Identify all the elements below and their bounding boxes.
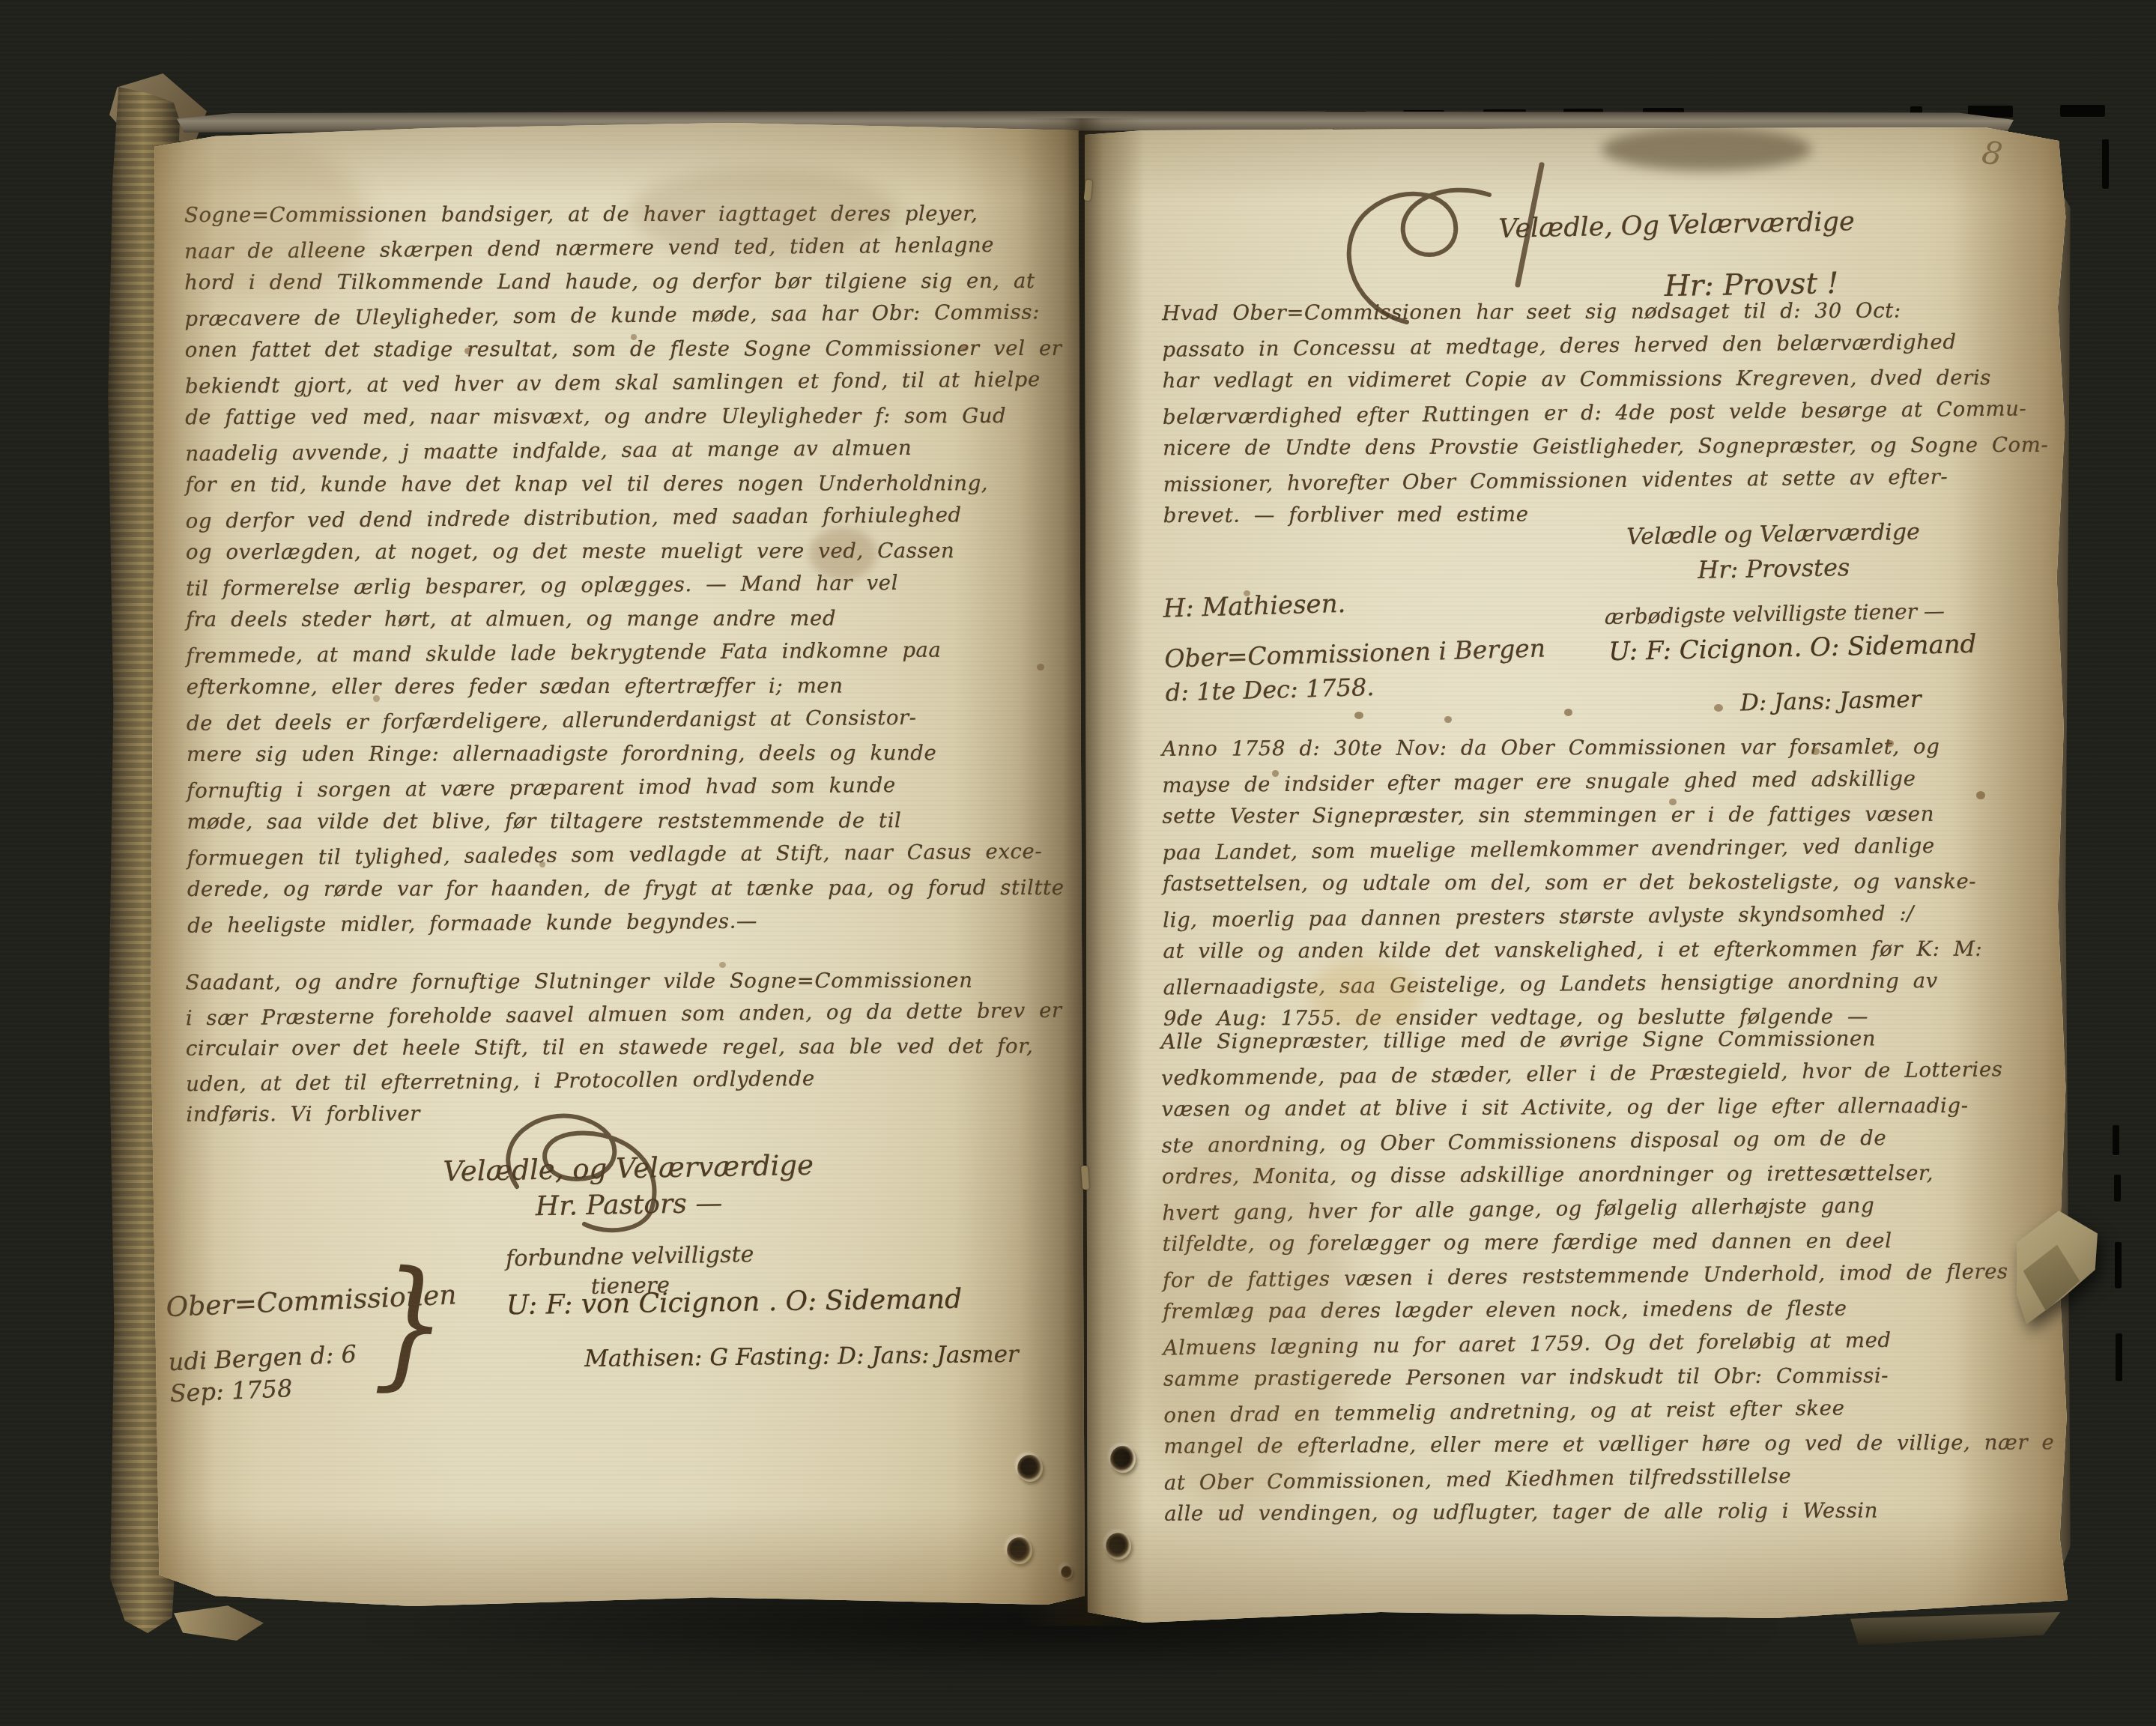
right-page: Velædle, Og Velærværdige Hr: Provst ! Hv… xyxy=(1085,127,2071,1627)
cradle-slit xyxy=(2115,1242,2122,1289)
handwriting-line: møde, saa vilde det blive, før tiltagere… xyxy=(187,804,1063,839)
sewing-hole xyxy=(1017,1455,1043,1482)
handwriting-line: naadelig avvende, j maatte indfalde, saa… xyxy=(185,430,1062,471)
right-paragraph-3: Alle Signepræster, tillige med de øvrige… xyxy=(1161,1020,2056,1532)
handwriting-line: de heeligste midler, formaade kunde begy… xyxy=(187,902,1064,943)
handwriting-line: præcavere de Uleyligheder, som de kunde … xyxy=(184,295,1061,336)
handwriting-line: i sær Præsterne foreholde saavel almuen … xyxy=(186,994,1062,1035)
handwriting-line: nicere de Undte dens Provstie Geistlighe… xyxy=(1163,429,2054,465)
cradle-slit xyxy=(2102,139,2109,189)
sewing-hole xyxy=(1061,1566,1073,1579)
handwriting-line: sette Vester Signepræster, sin stemminge… xyxy=(1162,797,2053,833)
handwriting-line: har vedlagt en vidimeret Copie av Commis… xyxy=(1163,361,2054,398)
signature-row: Mathisen: G Fasting: D: Jans: Jasmer xyxy=(502,1338,1085,1375)
sender-line: H: Mathiesen. xyxy=(1163,579,1628,625)
handwriting-line: alle ud vendingen, og udflugter, tager d… xyxy=(1164,1493,2056,1530)
handwriting-line: at ville og anden kilde det vanskelighed… xyxy=(1163,932,2054,968)
handwriting-line: paa Landet, som muelige mellemkommer ave… xyxy=(1163,829,2054,870)
cradle-slit xyxy=(2114,1175,2121,1202)
handwriting-line: efterkomne, eller deres feder sædan efte… xyxy=(187,669,1063,704)
leather-tab xyxy=(2017,1211,2098,1324)
signature-row: D: Jans: Jasmer xyxy=(1609,682,2052,721)
sewing-hole xyxy=(1007,1537,1032,1564)
left-page: Sogne=Commissionen bandsiger, at de have… xyxy=(150,123,1085,1611)
handwriting-line: fremmede, at mand skulde lade bekrygtend… xyxy=(186,632,1062,673)
handwriting-line: og overlægden, at noget, og det meste mu… xyxy=(186,534,1062,569)
handwriting-line: Saadant, og andre fornuftige Slutninger … xyxy=(185,963,1062,999)
handwriting-line: passato in Concessu at medtage, deres he… xyxy=(1162,324,2053,367)
handwriting-line: og derfor ved dend indrede distribution,… xyxy=(186,497,1062,539)
handwriting-line: de det deels er forfærdeligere, allerund… xyxy=(187,700,1063,741)
handwriting-line: lig, moerlig paa dannen presters største… xyxy=(1163,896,2054,938)
handwriting-line: Hvad Ober=Commissionen har seet sig nøds… xyxy=(1162,294,2053,330)
handwriting-line: hord i dend Tilkommende Land haude, og d… xyxy=(184,264,1061,300)
handwriting-line: belærværdighed efter Ruttingen er d: 4de… xyxy=(1163,392,2054,434)
handwriting-line: indføris. Vi forbliver xyxy=(186,1095,1062,1130)
handwriting-line: fornuftig i sorgen at være præparent imo… xyxy=(187,767,1063,808)
right-paragraph-1: Hvad Ober=Commissionen har seet sig nøds… xyxy=(1162,292,2055,533)
sender-block: H: Mathiesen. Ober=Commissionen i Bergen… xyxy=(1163,579,1630,707)
salutation-line: Velædle, Og Velærværdige xyxy=(1369,202,1984,249)
handwriting-line: derede, og rørde var for haanden, de fry… xyxy=(187,871,1064,906)
cradle-slit xyxy=(2060,105,2105,117)
handwriting-line: til formerelse ærlig besparer, og oplægg… xyxy=(186,565,1062,606)
handwriting-line: for en tid, kunde have det knap vel til … xyxy=(185,467,1062,502)
handwriting-line: Sogne=Commissionen bandsiger, at de have… xyxy=(184,197,1061,232)
handwriting-line: fastsettelsen, og udtale om del, som er … xyxy=(1163,864,2054,900)
manuscript-photograph: Sogne=Commissionen bandsiger, at de have… xyxy=(0,0,2156,1726)
handwriting-line: allernaadigste, saa Geistelige, og Lande… xyxy=(1163,963,2055,1005)
signature-block: U: F: Cicignon. O: Sidemand D: Jans: Jas… xyxy=(1608,626,2052,721)
handwriting-line: Anno 1758 d: 30te Nov: da Ober Commissio… xyxy=(1162,730,2053,766)
handwriting-line: mayse de indsider efter mager ere snugal… xyxy=(1162,761,2053,803)
handwriting-line: de fattige ved med, naar misvæxt, og and… xyxy=(185,399,1062,434)
ink-brace: } xyxy=(372,1252,448,1396)
left-page-body: Sogne=Commissionen bandsiger, at de have… xyxy=(184,196,1064,941)
signature-row: U: F: Cicignon. O: Sidemand xyxy=(1608,626,2051,668)
sewing-hole xyxy=(1110,1446,1136,1473)
stain xyxy=(1602,127,1811,171)
cradle-slit xyxy=(2116,1333,2122,1381)
handwriting-line: fra deels steder hørt, at almuen, og man… xyxy=(186,602,1062,637)
sewing-hole xyxy=(1106,1533,1131,1560)
handwriting-line: naar de alleene skærpen dend nærmere ven… xyxy=(184,228,1061,269)
handwriting-line: circulair over det heele Stift, til en s… xyxy=(186,1029,1062,1065)
cradle-slit xyxy=(2113,1125,2119,1155)
handwriting-line: bekiendt gjort, at ved hver av dem skal … xyxy=(185,363,1062,404)
handwriting-line: missioner, hvorefter Ober Commissionen v… xyxy=(1163,459,2054,502)
handwriting-line: mere sig uden Ringe: allernaadigste foro… xyxy=(187,736,1063,772)
handwriting-line: uden, at det til efterretning, i Protoco… xyxy=(186,1060,1062,1101)
handwriting-line: onen fattet det stadige resultat, som de… xyxy=(185,332,1062,367)
left-page-closing: Saadant, og andre fornuftige Slutninger … xyxy=(185,963,1062,1132)
handwriting-line: formuegen til tylighed, saaledes som ved… xyxy=(187,835,1064,876)
right-paragraph-2: Anno 1758 d: 30te Nov: da Ober Commissio… xyxy=(1162,729,2055,1037)
